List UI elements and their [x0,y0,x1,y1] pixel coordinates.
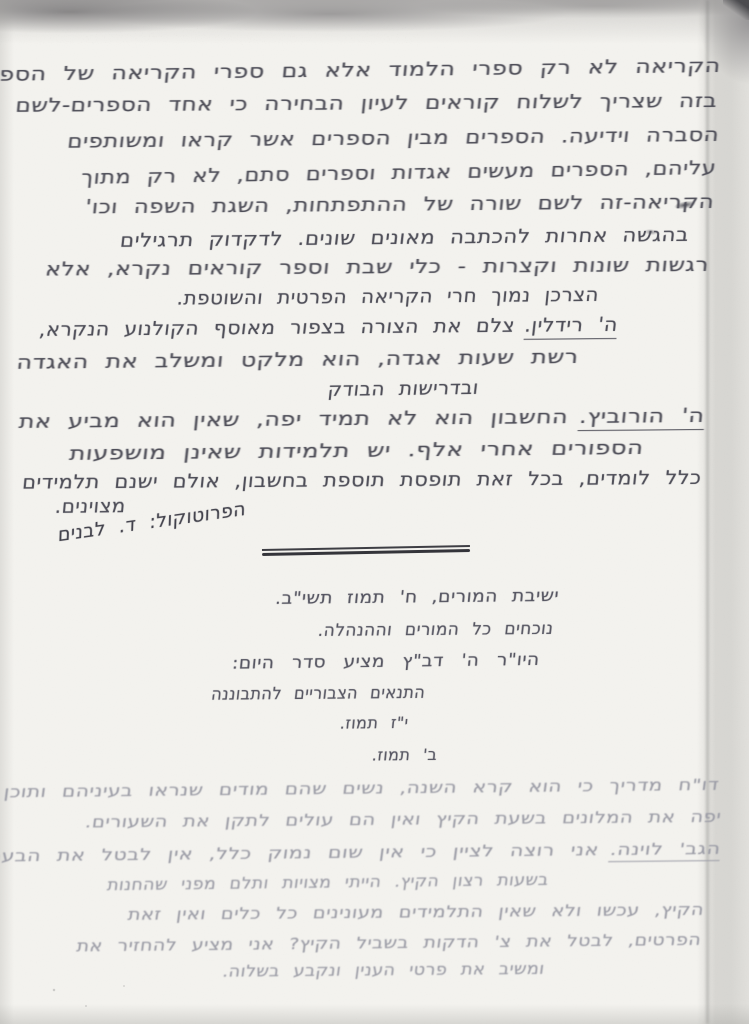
meeting-title-line: ישיבת המורים, ח' תמוז תשי"ב. [274,586,560,609]
handwriting-line: עליהם, הספרים מעשים אגדות וספרים סתם, לא… [80,157,717,189]
handwriting-line-faint: ומשיב את פרטי הענין ונקבע בשלוה. [222,959,546,981]
handwriting-line: הצרכן נמוך חרי הקריאה הפרטית והשוטפת. [176,284,600,310]
handwriting-text: החשבון הוא לא תמיד יפה, שאין הוא מביע את [18,406,569,433]
handwriting-line-faint: דו"ח מדריך כי הוא קרא השנה, נשים שהם מוד… [3,775,721,802]
handwriting-line: רגשות שונות וקצרות - כלי שבת וספר קוראים… [44,254,710,281]
handwriting-line: הסברה וידיעה. הספרים מבין הספרים אשר קרא… [66,124,720,153]
handwriting-line: בזה שצריך לשלוח קוראים לעיון הבחירה כי א… [14,90,718,117]
scan-corner-cut [723,0,749,20]
scan-right-edge-band [697,0,749,1024]
section-divider-line [262,545,470,556]
speaker-name-underlined: ה' הורוביץ. [579,405,707,431]
attendees-line: נוכחים כל המורים וההנהלה. [316,619,554,641]
chairman-agenda-line: היו"ר ה' דב"ץ מציע סדר היום: [232,650,541,674]
speaker-name-underlined: הגב' לוינה. [609,839,722,862]
handwriting-line: מצוינים. [54,495,127,518]
handwriting-line: הקריאה לא רק ספרי הלמוד אלא גם ספרי הקרי… [0,55,722,86]
handwriting-line-faint: יפה את המלונים בשעת הקיץ ואין הם עולים ל… [84,807,723,832]
date-line: י"ז תמוז. [340,713,410,733]
handwriting-line: בהגשה אחרות להכתבה מאונים שונים. לדקדוק … [119,224,690,252]
handwriting-line-faint: הפרטים, לבטל את צ' הדקות בשביל הקיץ? אני… [75,930,702,956]
handwriting-text: אני רוצה לציין כי אין שום נמוק כלל, אין … [0,840,600,865]
scan-page-edge-line [706,0,709,1024]
handwriting-line-faint: הגב' לוינה.אני רוצה לציין כי אין שום נמו… [0,839,722,866]
scan-speckles [34,978,154,1018]
handwriting-text: צלם את הצורה בצפור מאוסף הקולנוע הנקרא, [38,315,516,341]
agenda-item-line: התנאים הצבוריים להתבוננה [210,683,426,705]
handwriting-line: רשת שעות אגדה, הוא מלקט ומשלב את האגדה [16,346,580,374]
handwriting-line-faint: בשעות רצון הקיץ. הייתי מצויות ותלם מפני … [106,870,550,894]
handwriting-line: ובדרישות הבודק [327,377,480,401]
handwriting-line: הספורים אחרי אלף. יש תלמידות שאינן מושפע… [69,437,646,465]
handwriting-line: הקריאה-זה לשם שורה של ההתפתחות, השגת השפ… [84,191,715,219]
date-line: ב' תמוז. [371,745,438,765]
scan-top-smudge [0,0,749,52]
divider-stroke-thick [262,549,470,556]
scanned-page: הקריאה לא רק ספרי הלמוד אלא גם ספרי הקרי… [0,0,749,1024]
handwriting-line: ה' רידלין.צלם את הצורה בצפור מאוסף הקולנ… [38,314,619,341]
scan-left-shadow [0,0,14,1024]
handwriting-line-faint: הקיץ, עכשו ולא שאין התלמידים מעונינים כל… [127,900,706,924]
speaker-name-underlined: ה' רידלין. [523,314,619,340]
handwriting-line: ה' הורוביץ.החשבון הוא לא תמיד יפה, שאין … [18,405,706,433]
handwriting-line: כלל לומדים, בכל זאת תופסת תוספת בחשבון, … [21,467,702,494]
